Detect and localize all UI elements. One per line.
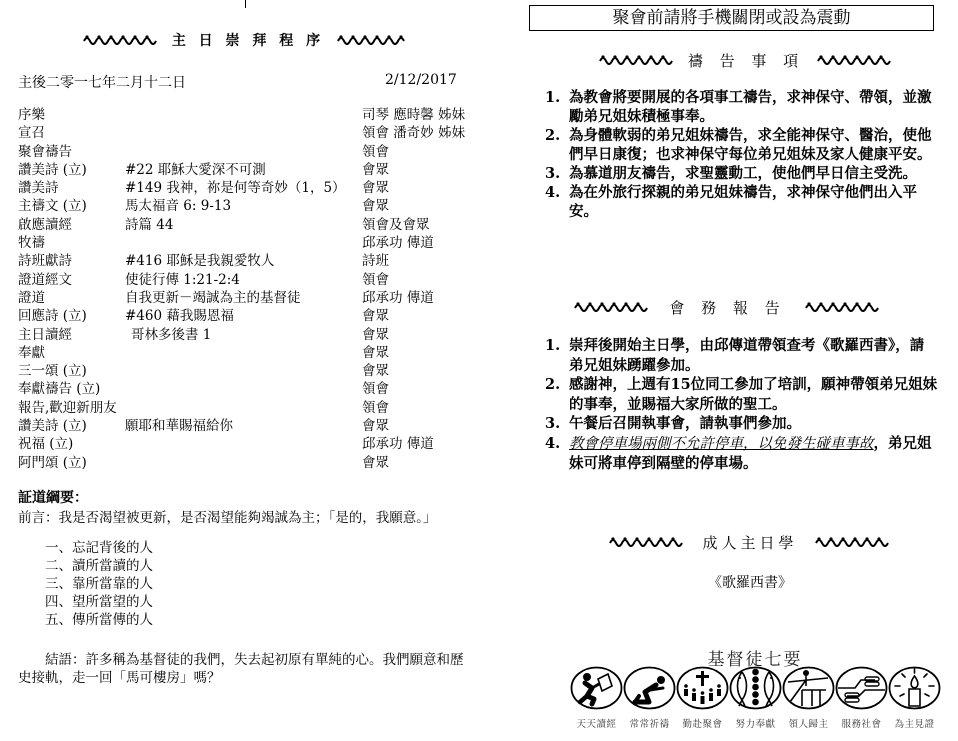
order-row: 詩班獻詩#416 耶穌是我親愛牧人詩班 (18, 252, 478, 270)
order-row: 序樂司琴 應時馨 姊妹 (18, 106, 478, 124)
vine-ornament-icon (804, 302, 882, 312)
order-row: 主日讀經哥林多後書 1會眾 (18, 326, 478, 344)
outline-point: 三、靠所當靠的人 (45, 575, 153, 593)
order-row: 證道自我更新－竭誠為主的基督徒邱承功 傳道 (18, 289, 478, 307)
sermon-conclusion-line: 史接軌，走一回「馬可樓房」嗎？ (18, 666, 221, 686)
order-content: 馬太福音 6: 9-13 (125, 197, 231, 215)
kneeling-prayer-icon (623, 666, 676, 710)
order-item: 詩班獻詩 (18, 252, 72, 270)
fold-marker-line (245, 0, 246, 8)
adult-sunday-school-heading: 成人主日學 (605, 532, 895, 552)
item-line-rest: ，弟兄姐 (874, 435, 932, 452)
item-line: 感謝神，上週有15位同工參加了培訓，願神帶領弟兄姐妹 (569, 375, 945, 395)
outline-point: 二、讀所當讀的人 (45, 557, 153, 575)
prayer-list: 1. 為教會將要開展的各項事工禱告，求神保守、帶領，並激 勵弟兄姐妹積極事奉。 … (545, 88, 945, 221)
prayer-heading: 禱 告 事 項 (605, 50, 887, 70)
fish-offering-icon (729, 666, 782, 710)
item-line: 們早日康復；也求神保守每位弟兄姐妹及家人健康平安。 (569, 145, 945, 164)
order-row: 聚會禱告領會 (18, 143, 478, 161)
order-item: 奉獻禱告 (立) (18, 380, 100, 398)
study-book-title: 《歌羅西書》 (600, 572, 900, 592)
item-number: 1. (545, 336, 560, 356)
item-line: 教會停車場兩側不允許停車，以免發生碰車事故，弟兄姐 (569, 434, 945, 454)
date-chinese: 主後二零一七年二月十二日 (18, 72, 186, 92)
order-row: 讚美詩#149 我神，祢是何等奇妙（1，5）會眾 (18, 179, 478, 197)
order-item: 回應詩 (立) (18, 307, 87, 325)
candle-witness-icon (888, 666, 941, 710)
order-leader: 領會 (362, 380, 389, 398)
order-row: 主禱文 (立)馬太福音 6: 9-13會眾 (18, 197, 478, 215)
order-content: #149 我神，祢是何等奇妙（1，5） (125, 179, 346, 197)
item-line: 的事奉，並賜福大家所做的聖工。 (569, 395, 945, 415)
order-row: 牧禱邱承功 傳道 (18, 234, 478, 252)
prayer-item: 2. 為身體軟弱的弟兄姐妹禱告，求全能神保守、醫治，使他 們早日康復；也求神保守… (545, 126, 945, 164)
order-row: 啟應讀經詩篇 44領會及會眾 (18, 216, 478, 234)
announcements-list: 1. 崇拜後開始主日學，由邱傳道帶領查考《歌羅西書》，請 弟兄姐妹踴躍參加。 2… (545, 336, 945, 473)
outline-point: 五、傳所當傳的人 (45, 611, 153, 629)
item-line: 午餐后召開執事會，請執事們參加。 (569, 414, 945, 434)
order-leader: 會眾 (362, 307, 389, 325)
order-content: 哥林多後書 1 (131, 326, 211, 344)
order-item: 主日讀經 (18, 326, 72, 344)
order-leader: 會眾 (362, 161, 389, 179)
vine-ornament-icon (816, 55, 894, 65)
order-content: 自我更新－竭誠為主的基督徒 (125, 289, 301, 307)
item-line: 弟兄姐妹踴躍參加。 (569, 356, 945, 376)
order-leader: 領會 (362, 143, 389, 161)
order-leader: 邱承功 傳道 (362, 289, 434, 307)
order-leader: 司琴 應時馨 姊妹 (362, 106, 465, 124)
outline-point: 一、忘記背後的人 (45, 539, 153, 557)
item-number: 2. (545, 375, 560, 395)
order-leader: 領會 潘奇妙 姊妹 (362, 124, 465, 142)
order-row: 奉獻會眾 (18, 344, 478, 362)
essential-label: 服務社會 (841, 716, 881, 730)
item-line: 為身體軟弱的弟兄姐妹禱告，求全能神保守、醫治，使他 (569, 126, 945, 145)
order-content: 使徒行傳 1:21-2:4 (125, 271, 240, 289)
order-item: 證道 (18, 289, 45, 307)
order-row: 回應詩 (立)#460 藉我賜恩福會眾 (18, 307, 478, 325)
item-number: 4. (545, 434, 560, 454)
item-number: 3. (545, 164, 560, 183)
order-row: 阿門頌 (立)會眾 (18, 454, 478, 472)
item-line: 為在外旅行探親的弟兄姐妹禱告，求神保守他們出入平 (569, 183, 945, 202)
order-leader: 領會 (362, 271, 389, 289)
order-content: #460 藉我賜恩福 (125, 307, 234, 325)
order-content: 詩篇 44 (125, 216, 173, 234)
item-line: 勵弟兄姐妹積極事奉。 (569, 107, 945, 126)
prayer-title: 禱 告 事 項 (688, 50, 804, 71)
order-item: 序樂 (18, 106, 45, 124)
order-item: 祝福 (立) (18, 435, 73, 453)
order-item: 讚美詩 (立) (18, 417, 87, 435)
essential-label: 努力奉獻 (735, 716, 775, 730)
order-item: 三一頌 (立) (18, 362, 87, 380)
order-leader: 領會 (362, 399, 389, 417)
sermon-conclusion-line: 結語：許多稱為基督徒的我們，失去起初原有單純的心。我們願意和歷 (45, 648, 464, 668)
vine-ornament-icon (598, 55, 676, 65)
order-leader: 會眾 (362, 326, 389, 344)
order-row: 祝福 (立)邱承功 傳道 (18, 435, 478, 453)
order-row: 讚美詩 (立)#22 耶穌大愛深不可測會眾 (18, 161, 478, 179)
sermon-outline-heading: 証道綱要： (18, 487, 88, 507)
order-content: #416 耶穌是我親愛牧人 (125, 252, 274, 270)
sermon-outline-points: 一、忘記背後的人 二、讀所當讀的人 三、靠所當靠的人 四、望所當望的人 五、傳所… (45, 539, 153, 629)
order-row: 三一頌 (立)會眾 (18, 362, 478, 380)
item-line: 為教會將要開展的各項事工禱告，求神保守、帶領，並激 (569, 88, 945, 107)
order-item: 證道經文 (18, 271, 72, 289)
prayer-item: 1. 為教會將要開展的各項事工禱告，求神保守、帶領，並激 勵弟兄姐妹積極事奉。 (545, 88, 945, 126)
item-line: 妹可將車停到隔壁的停車場。 (569, 454, 945, 474)
parking-warning-emphasis: 教會停車場兩側不允許停車，以免發生碰車事故 (569, 436, 874, 452)
vine-ornament-icon (608, 537, 686, 547)
order-leader: 會眾 (362, 344, 389, 362)
item-number: 4. (545, 183, 560, 202)
announcement-item: 3. 午餐后召開執事會，請執事們參加。 (545, 414, 945, 434)
order-leader: 詩班 (362, 252, 389, 270)
order-leader: 會眾 (362, 179, 389, 197)
essential-label: 領人歸主 (788, 716, 828, 730)
item-line: 崇拜後開始主日學，由邱傳道帶領查考《歌羅西書》，請 (569, 336, 945, 356)
vine-ornament-icon (82, 35, 160, 45)
essential-label: 為主見證 (894, 716, 934, 730)
seven-essentials-icons: 天天讀經 常常祈禱 勤赴聚會 (570, 666, 942, 730)
order-item: 牧禱 (18, 234, 45, 252)
vine-ornament-icon (573, 302, 651, 312)
order-item: 報告,歡迎新朋友 (18, 399, 117, 417)
essential-item: 常常祈禱 (623, 666, 676, 730)
announcement-item: 1. 崇拜後開始主日學，由邱傳道帶領查考《歌羅西書》，請 弟兄姐妹踴躍參加。 (545, 336, 945, 375)
announcement-item: 4. 教會停車場兩側不允許停車，以免發生碰車事故，弟兄姐 妹可將車停到隔壁的停車… (545, 434, 945, 473)
order-content: 願耶和華賜福給你 (125, 417, 233, 435)
order-leader: 邱承功 傳道 (362, 234, 434, 252)
service-date-row: 主後二零一七年二月十二日 2/12/2017 (18, 72, 478, 90)
item-number: 1. (545, 88, 560, 107)
order-row: 奉獻禱告 (立)領會 (18, 380, 478, 398)
congregation-cross-icon (676, 666, 729, 710)
order-content: #22 耶穌大愛深不可測 (125, 161, 266, 179)
prayer-item: 4. 為在外旅行探親的弟兄姐妹禱告，求神保守他們出入平 安。 (545, 183, 945, 221)
announcements-heading: 會 務 報 告 (585, 297, 870, 317)
prayer-item: 3. 為慕道朋友禱告，求聖靈動工，使他們早日信主受洗。 (545, 164, 945, 183)
outline-point: 四、望所當望的人 (45, 593, 153, 611)
order-row: 宣召領會 潘奇妙 姊妹 (18, 124, 478, 142)
vine-ornament-icon (814, 537, 892, 547)
order-item: 聚會禱告 (18, 143, 72, 161)
announcements-title: 會 務 報 告 (669, 297, 785, 318)
vine-ornament-icon (336, 35, 408, 45)
item-line: 安。 (569, 202, 945, 221)
order-item: 宣召 (18, 124, 45, 142)
announcement-item: 2. 感謝神，上週有15位同工參加了培訓，願神帶領弟兄姐妹 的事奉，並賜福大家所… (545, 375, 945, 414)
adult-sunday-school-title: 成人主日學 (702, 532, 797, 553)
order-row: 讚美詩 (立)願耶和華賜福給你會眾 (18, 417, 478, 435)
worship-order-title: 主 日 崇 拜 程 序 (172, 30, 324, 50)
order-item: 讚美詩 (立) (18, 161, 87, 179)
essential-label: 勤赴聚會 (682, 716, 722, 730)
essential-item: 努力奉獻 (729, 666, 782, 730)
order-leader: 會眾 (362, 197, 389, 215)
essential-item: 領人歸主 (782, 666, 835, 730)
order-item: 讚美詩 (18, 179, 59, 197)
order-leader: 會眾 (362, 362, 389, 380)
sermon-outline-intro: 前言：我是否渴望被更新，是否渴望能夠竭誠為主；「是的，我願意。」 (18, 506, 437, 526)
date-numeric: 2/12/2017 (385, 72, 457, 88)
essential-item: 天天讀經 (570, 666, 623, 730)
item-number: 3. (545, 414, 560, 434)
serving-hands-icon (835, 666, 888, 710)
order-leader: 邱承功 傳道 (362, 435, 434, 453)
order-item: 主禱文 (立) (18, 197, 87, 215)
essential-label: 天天讀經 (576, 716, 616, 730)
order-item: 阿門頌 (立) (18, 454, 87, 472)
order-item: 啟應讀經 (18, 216, 72, 234)
item-number: 2. (545, 126, 560, 145)
essential-item: 服務社會 (835, 666, 888, 730)
reading-bible-icon (570, 666, 623, 710)
essential-label: 常常祈禱 (629, 716, 669, 730)
essential-item: 勤赴聚會 (676, 666, 729, 730)
lead-to-lord-icon (782, 666, 835, 710)
order-item: 奉獻 (18, 344, 45, 362)
essential-item: 為主見證 (888, 666, 941, 730)
order-row: 證道經文使徒行傳 1:21-2:4領會 (18, 271, 478, 289)
worship-order-heading: 主 日 崇 拜 程 序 (100, 30, 390, 50)
order-leader: 會眾 (362, 417, 389, 435)
item-line: 為慕道朋友禱告，求聖靈動工，使他們早日信主受洗。 (569, 164, 945, 183)
order-of-service: 序樂司琴 應時馨 姊妹 宣召領會 潘奇妙 姊妹 聚會禱告領會 讚美詩 (立)#2… (18, 106, 478, 472)
order-leader: 會眾 (362, 454, 389, 472)
phone-notice-box: 聚會前請將手機關閉或設為震動 (529, 5, 934, 31)
order-leader: 領會及會眾 (362, 216, 430, 234)
order-row: 報告,歡迎新朋友領會 (18, 399, 478, 417)
